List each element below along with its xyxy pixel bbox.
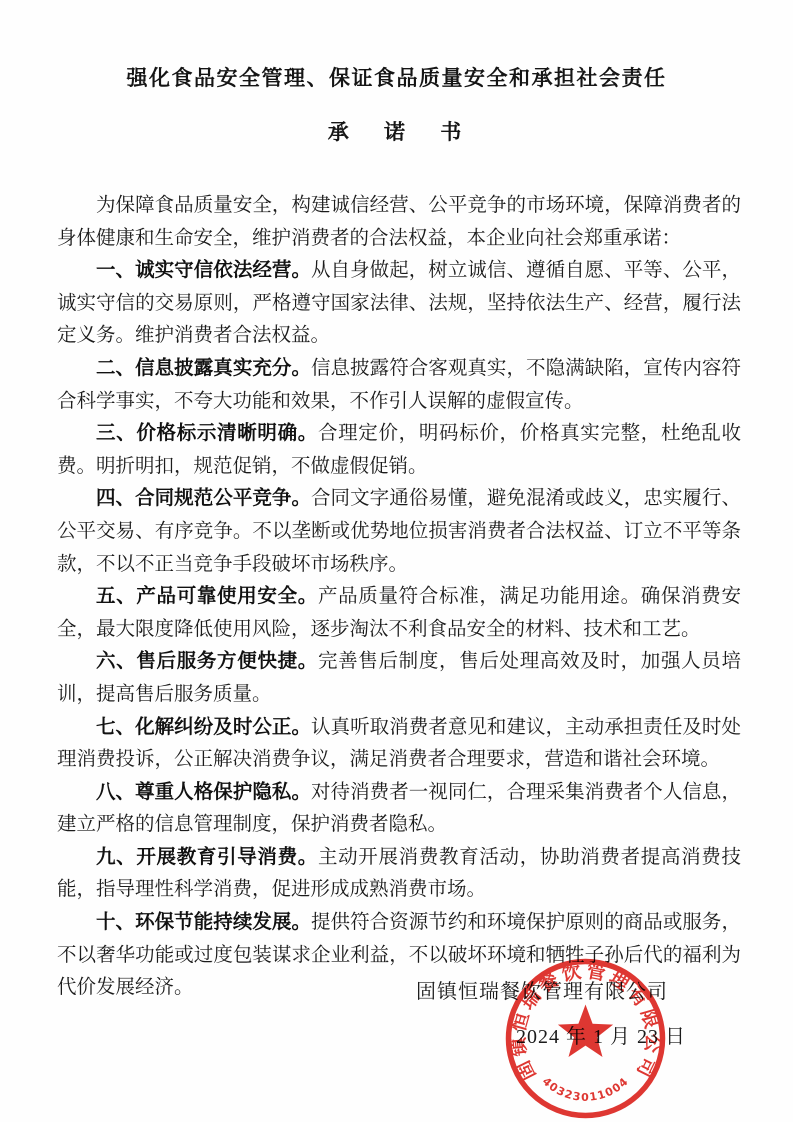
commitment-item-6: 六、售后服务方便快捷。完善售后制度，售后处理高效及时，加强人员培训，提高售后服务… [57,646,741,711]
document-subtitle: 承 诺 书 [0,116,793,146]
document-title: 强化食品安全管理、保证食品质量安全和承担社会责任 [0,62,793,92]
commitment-item-5: 五、产品可靠使用安全。产品质量符合标准，满足功能用途。确保消费安全，最大限度降低… [57,581,741,646]
document-page: 强化食品安全管理、保证食品质量安全和承担社会责任 承 诺 书 为保障食品质量安全… [0,0,793,1122]
commitment-item-2: 二、信息披露真实充分。信息披露符合客观真实，不隐满缺陷，宣传内容符合科学事实，不… [57,353,741,418]
item-lead: 十、环保节能持续发展。 [96,912,311,933]
item-lead: 二、信息披露真实充分。 [96,358,311,379]
intro-paragraph: 为保障食品质量安全，构建诚信经营、公平竞争的市场环境，保障消费者的身体健康和生命… [57,190,741,255]
item-lead: 一、诚实守信依法经营。 [96,260,311,281]
company-seal: 固镇恒瑞餐饮管理有限公司 3403230110047 [498,951,673,1122]
item-lead: 四、合同规范公平竞争。 [96,488,311,509]
item-lead: 八、尊重人格保护隐私。 [96,782,311,803]
star-icon [558,1005,613,1058]
commitment-item-3: 三、价格标示清晰明确。合理定价，明码标价，价格真实完整，杜绝乱收费。明折明扣，规… [57,418,741,483]
commitment-item-7: 七、化解纠纷及时公正。认真听取消费者意见和建议，主动承担责任及时处理消费投诉，公… [57,712,741,777]
item-lead: 六、售后服务方便快捷。 [96,651,318,672]
commitment-item-9: 九、开展教育引导消费。主动开展消费教育活动，协助消费者提高消费技能，指导理性科学… [57,842,741,907]
commitment-item-4: 四、合同规范公平竞争。合同文字通俗易懂，避免混淆或歧义，忠实履行、公平交易、有序… [57,483,741,581]
commitment-item-1: 一、诚实守信依法经营。从自身做起，树立诚信、遵循自愿、平等、公平，诚实守信的交易… [57,255,741,353]
item-lead: 五、产品可靠使用安全。 [96,586,318,607]
item-lead: 七、化解纠纷及时公正。 [96,717,311,738]
item-lead: 九、开展教育引导消费。 [96,847,318,868]
item-lead: 三、价格标示清晰明确。 [96,423,318,444]
commitment-item-8: 八、尊重人格保护隐私。对待消费者一视同仁，合理采集消费者个人信息，建立严格的信息… [57,777,741,842]
document-body: 为保障食品质量安全，构建诚信经营、公平竞争的市场环境，保障消费者的身体健康和生命… [57,190,741,1005]
